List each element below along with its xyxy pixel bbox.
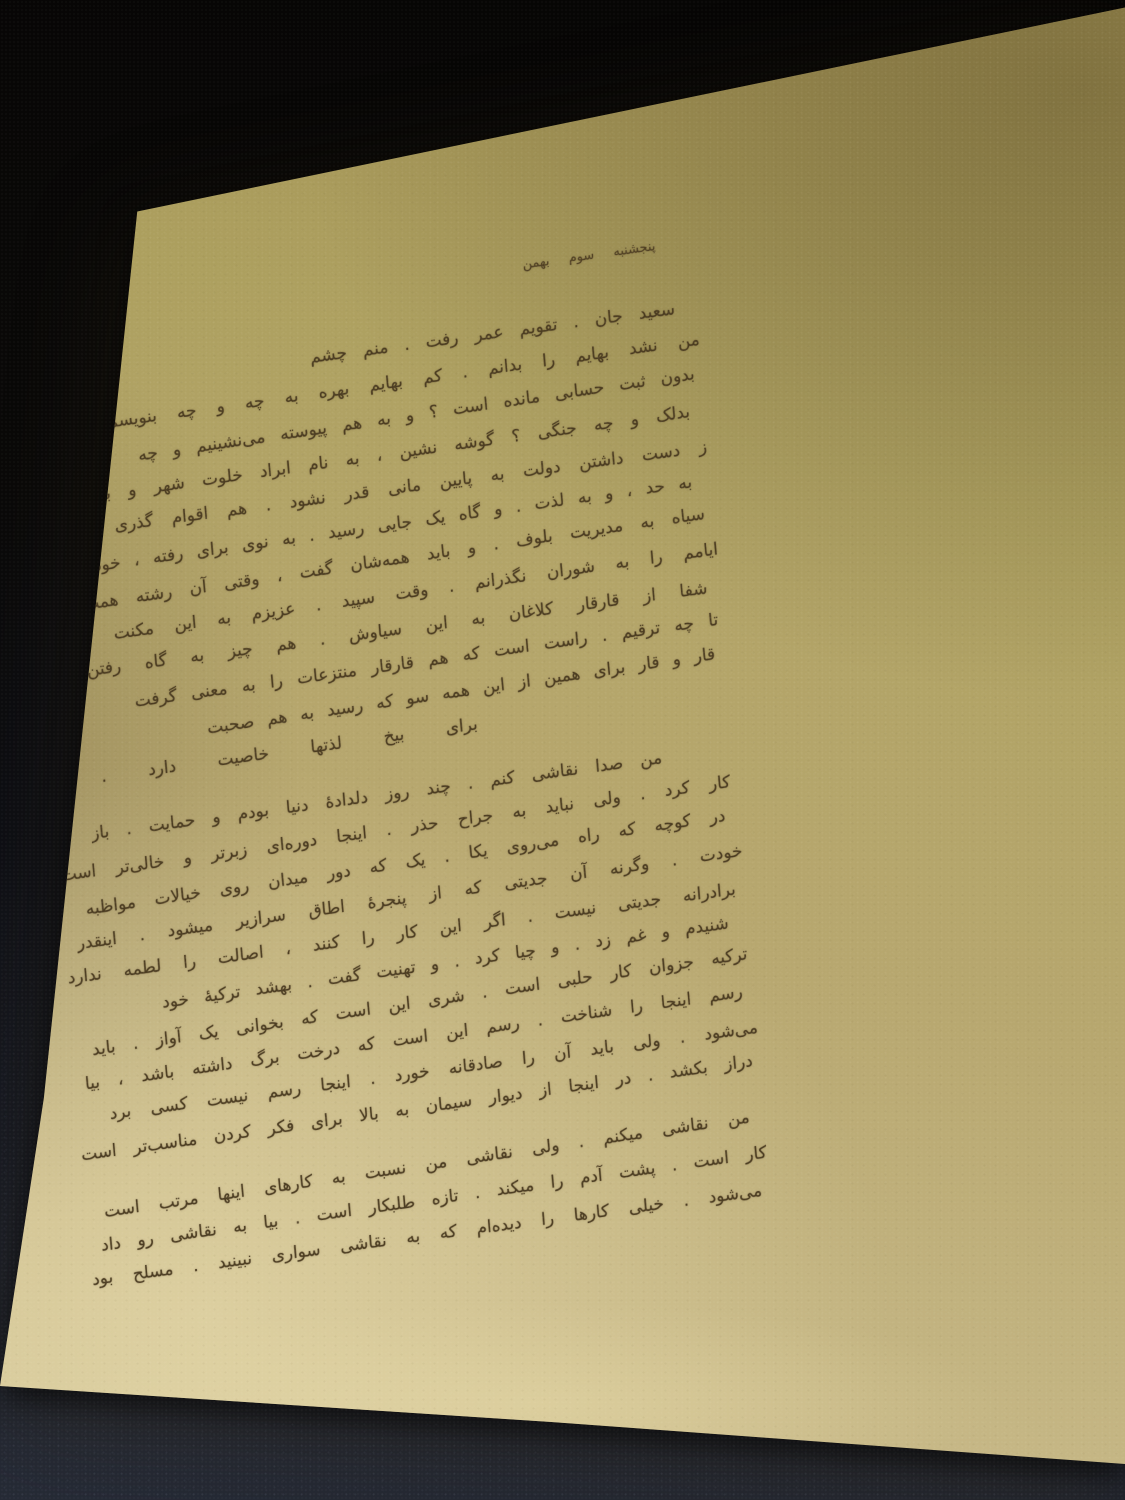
paragraph-gap <box>48 707 733 825</box>
handwritten-line: شنیدم و غم زد . و چیا کرد . و تهنیت گفت … <box>161 906 730 1021</box>
handwritten-line: خودت . وگرنه آن جدیتی که از پنجرهٔ اطاق … <box>75 834 744 962</box>
handwritten-line: سعید جان . تقویم عمر رفت . منم چشم <box>309 292 676 376</box>
handwritten-line: رسم اینجا را شناخت . رسم این است که درخت… <box>84 975 745 1102</box>
manuscript-page: پنجشنبه سوم بهمن سعید جان . تقویم عمر رف… <box>0 0 1125 1500</box>
handwritten-line: برای بیخ لذتها خاصیت دارد . <box>100 707 479 795</box>
handwritten-line: شفا از قارقار کلاغان به این سیاوش . هم چ… <box>86 571 709 689</box>
handwritten-line: ترکیه جزوان کار حلبی است . شری این است ک… <box>91 937 749 1068</box>
handwritten-line: ز دست داشتن دولت به پایین مانی قدر نشود … <box>71 430 708 550</box>
handwritten-line: من نشد بهایم را بدانم . کم بهایم بهره به… <box>106 323 701 441</box>
handwritten-line: کار کرد . ولی نباید به جراح حذر . اینجا … <box>59 765 731 894</box>
handwritten-line: قار و قار برای همین از این همه سو که رسی… <box>206 637 717 746</box>
handwritten-line: برادرانه جدیتی نیست . اگر این کار را کنن… <box>66 872 737 996</box>
photo-background: پنجشنبه سوم بهمن سعید جان . تقویم عمر رف… <box>0 0 1125 1500</box>
page-shadow-wrapper: پنجشنبه سوم بهمن سعید جان . تقویم عمر رف… <box>0 0 1125 1500</box>
handwritten-line: دراز بکشد . در اینجا از دیوار سیمان به ب… <box>80 1044 754 1173</box>
handwriting-block: پنجشنبه سوم بهمن سعید جان . تقویم عمر رف… <box>7 230 785 1403</box>
handwritten-line: در کوچه که راه می‌روی یکا . یک که دور می… <box>84 799 727 928</box>
handwritten-line: می‌شود . خیلی کارها را دیده‌ام که به نقا… <box>91 1174 764 1298</box>
handwritten-line: من نقاشی میکنم . ولی نقاشی من نسبت به کا… <box>103 1100 752 1230</box>
handwritten-line: به حد ، و به لذت . و گاه یک جایی رسید . … <box>92 465 693 584</box>
handwritten-line: سیاه به مدیریت بلوف . و باید همه‌شان گفت… <box>82 497 707 623</box>
handwritten-line: تا چه ترقیم . راست است که هم قارقار منتز… <box>133 603 719 720</box>
handwritten-line: می‌شود . ولی باید آن را صادقانه خورد . ا… <box>108 1011 759 1132</box>
handwritten-line: بدلک و چه جنگی ؟ گوشه نشین ، به نام ابرا… <box>80 395 691 515</box>
handwritten-line: ایامم را به شوران نگذرانم . وقت سپید . ع… <box>112 532 719 652</box>
handwritten-line: من صدا نقاشی کنم . چند روز دلدادهٔ دنیا … <box>90 741 664 852</box>
date-heading: پنجشنبه سوم بهمن <box>522 235 657 278</box>
handwritten-line: بدون ثبت حسابی مانده است ؟ و به هم پیوست… <box>137 357 696 474</box>
paragraph-gap <box>81 1078 766 1196</box>
handwritten-line: کار است . پشت آدم را میکند . تازه طلبکار… <box>100 1135 769 1263</box>
